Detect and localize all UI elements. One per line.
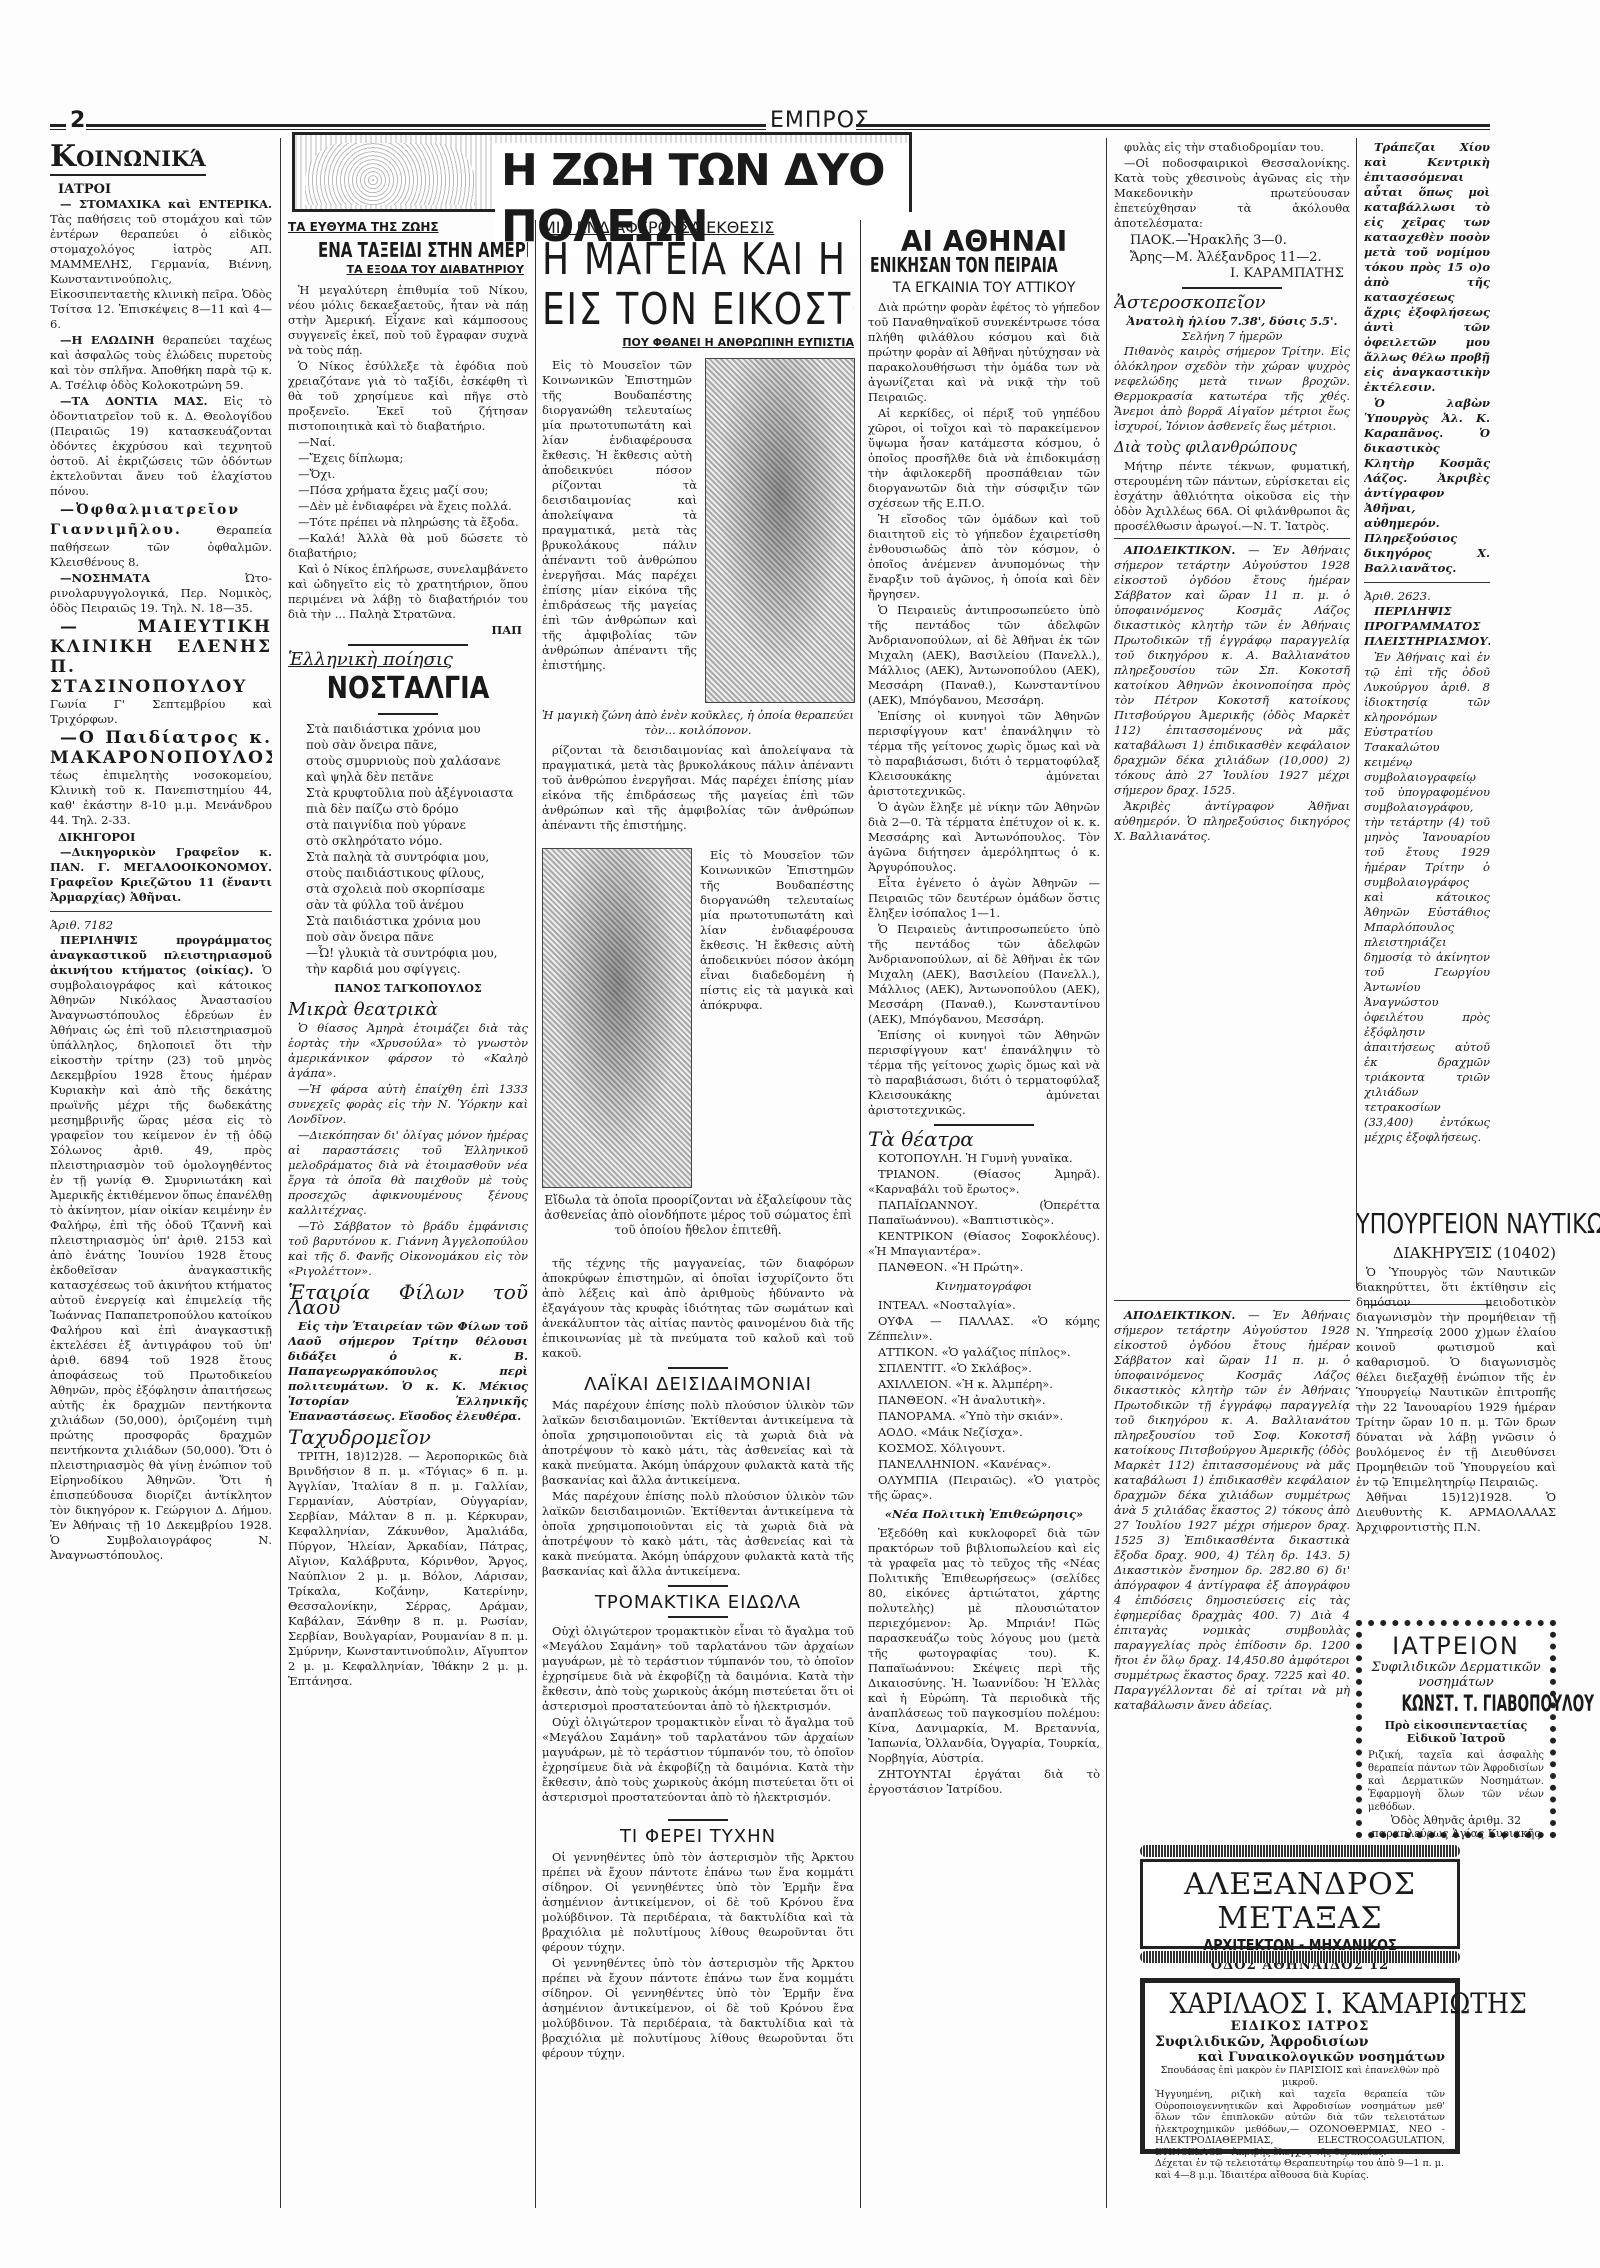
poem-line: ποὺ σὰν ὄνειρα πᾶνε [306, 929, 528, 945]
paragraph: Εἰς τὴν Ἑταιρείαν τῶν Φίλων τοῦ Λαοῦ σήμ… [288, 1319, 528, 1424]
ad-clinic-landmark: παραπλεύρως Ἁγίας Κυριακῆς [1368, 1827, 1544, 1840]
paragraph: Καὶ ὁ Νίκος ἐπλήρωσε, συνελαμβάνετο καὶ … [288, 562, 528, 622]
paragraph: Ὁ Πειραιεὺς ἀντιπροσωπεύετο ὑπὸ τῆς πεντ… [868, 922, 1100, 1027]
cinema-listing: ΣΠΛΕΝΤΙΤ. «Ὁ Σκλάβος». [868, 1361, 1100, 1376]
section-observatory: Ἀστεροσκοπεῖον [1114, 295, 1350, 310]
caption-magic-belt: Ἡ μαγικὴ ζώνη ἀπὸ ἑνὲν κοῦκλες, ἡ ὁποία … [542, 708, 854, 738]
paragraph: Οἱ γεννηθέντες ὑπὸ τὸν ἀστερισμὸν τῆς Ἀρ… [542, 1956, 854, 2061]
subhead-credulity: ΠΟΥ ΦΘΑΝΕΙ Η ΑΝΘΡΩΠΙΝΗ ΕΥΠΙΣΤΙΑ [542, 335, 854, 350]
paragraph: —Καλά! Ἀλλὰ θὰ μοῦ δώσετε τὸ διαβατήριο; [288, 531, 528, 561]
paragraph: —Πόσα χρήματα ἔχεις μαζί σου; [288, 483, 528, 498]
poem-line: ποὺ σὰν ὄνειρα πᾶνε, [306, 737, 528, 753]
column-legal: Τράπεζαι Χίου καὶ Κεντρικὴ ἐπιτασσόμεναι… [1364, 140, 1490, 1300]
paragraph: —Τὸ Σάββατον τὸ βράδυ ἐμφάνισις τοῦ βαρυ… [288, 1219, 528, 1279]
subhead-scary-idols: ΤΡΟΜΑΚΤΙΚΑ ΕΙΔΩΛΑ [542, 1595, 854, 1610]
match-result: Ἄρης—Μ. Ἀλέξανδρος 11—2. [1130, 249, 1350, 266]
paragraph: Ἀθῆναι 15)12)1928. Ὁ Διευθυντὴς Κ. ΑΡΜΑΟ… [1356, 1490, 1556, 1535]
cinema-listing: ΑΟΔΟ. «Μάικ Νεζίσχα». [868, 1425, 1100, 1440]
caption-idols: Εἴδωλα τὰ ὁποῖα προορίζονται νὰ ἐξαλείφο… [542, 1193, 854, 1238]
cinema-listing: ΟΛΥΜΠΙΑ (Πειραιῶς). «Ὁ γιατρὸς τῆς ὥρας»… [868, 1473, 1100, 1503]
story-body: Ἡ μεγαλύτερη ἐπιθυμία τοῦ Νίκου, νέου μό… [288, 283, 528, 622]
headline-trip: ΕΝΑ ΤΑΞΕΙΔΙ ΣΤΗΝ ΑΜΕΡΙΚΗ [318, 243, 476, 258]
ad-doctor-kamariotis: ΧΑΡΙΛΑΟΣ Ι. ΚΑΜΑΡΙΩΤΗΣ ΕΙΔΙΚΟΣ ΙΑΤΡΟΣ Συ… [1140, 1978, 1460, 2154]
magic-intro-cont: ρίζονται τὰ δεισιδαιμονίας καὶ ἀπολείψαν… [542, 478, 697, 703]
ad-doctor-title: ΕΙΔΙΚΟΣ ΙΑΤΡΟΣ [1155, 2019, 1445, 2034]
item-head: —Η ΕΛΩΔΙΝΗ [60, 333, 154, 347]
theatre-listing: ΤΡΙΑΝΟΝ. (Θίασος Ἀμηρᾶ). «Καρναβάλι τοῦ … [868, 1167, 1100, 1197]
section-poetry: Ἑλληνικὴ ποίησις [288, 652, 528, 667]
paragraph: Ἐπίσης οἱ κυνηγοὶ τῶν Ἀθηνῶν περισφίγγου… [868, 709, 1100, 799]
notice-title: ΑΠΟΔΕΙΚΤΙΚΟΝ. [1124, 543, 1235, 557]
masthead: 2 ΕΜΠΡΟΣ [50, 108, 1490, 134]
paragraph: —Ἡ φάρσα αὐτὴ ἐπαίχθη ἐπὶ 1333 συνεχεῖς … [288, 1082, 528, 1127]
subhead-passport: ΤΑ ΕΞΟΔΑ ΤΟΥ ΔΙΑΒΑΤΗΡΙΟΥ [288, 262, 528, 277]
magic-body: ρίζονται τὰ δεισιδαιμονίας καὶ ἀπολείψαν… [542, 743, 854, 843]
notice-signoff: Ἀκριβὲς ἀντίγραφον Ἀθῆναι αὐθημερόν. Ὁ π… [1114, 799, 1350, 844]
notice-text: Ὁ συμβολαιογράφος καὶ κάτοικος Ἀθηνῶν Νι… [50, 963, 272, 1562]
magic-body-lower: τῆς τέχνης τῆς μαγγανείας, τῶν διαφόρων … [542, 1256, 854, 2208]
item-text: Εἰς τὸ ὀδοντιατρεῖον τοῦ κ. Δ. Θεολογίδο… [50, 394, 272, 498]
section-theater-notes: Μικρὰ θεατρικὰ [288, 1002, 528, 1017]
section-theatres: Τὰ θέατρα [868, 1132, 1100, 1147]
paragraph: Ἡ μεγαλύτερη ἐπιθυμία τοῦ Νίκου, νέου μό… [288, 283, 528, 358]
section-cinemas: Κινηματογράφοι [868, 1279, 1100, 1294]
reporter-name: Ι. ΚΑΡΑΜΠΑΤΗΣ [1114, 266, 1350, 281]
paragraph: Διὰ πρώτην φορὰν ἐφέτος τὸ γήπεδον τοῦ Π… [868, 300, 1100, 405]
theatre-listing: ΚΟΤΟΠΟΥΛΗ. Ἡ Γυμνὴ γυναῖκα. [868, 1151, 1100, 1166]
poet-name: ΠΑΝΟΣ ΤΑΓΚΟΠΟΥΛΟΣ [288, 981, 528, 996]
poem: Στὰ παιδιάστικα χρόνια μου ποὺ σὰν ὄνειρ… [288, 721, 528, 977]
weather-forecast: Πιθανὸς καιρὸς σήμερον Τρίτην. Εἰς ὁλόκλ… [1114, 344, 1350, 434]
item-head: —ΤΑ ΔΟΝΤΙΑ ΜΑΣ. [60, 394, 208, 408]
theatre-listing: ΠΑΝΘΕΟΝ. «Ἡ Πρώτη». [868, 1260, 1100, 1275]
cinema-listing: ΚΟΣΜΟΣ. Χόλιγουντ. [868, 1441, 1100, 1456]
notice-text: Ἐν Ἀθήναις καὶ ἐν τῷ ἐπὶ τῆς ὁδοῦ Λυκούρ… [1364, 650, 1490, 1145]
paragraph: Ὁ ἀγὼν ἔληξε μὲ νίκην τῶν Ἀθηνῶν διὰ 2—0… [868, 800, 1100, 875]
category-lawyers: ΔΙΚΗΓΟΡΟΙ [58, 830, 272, 845]
moon-phase: Σελήνη 7 ἡμερῶν [1114, 329, 1350, 344]
newspaper-title: ΕΜΠΡΟΣ [770, 108, 870, 133]
subhead-attikou: ΤΑ ΕΓΚΑΙΝΙΑ ΤΟΥ ΑΤΤΙΚΟΥ [868, 281, 1100, 296]
item-head: — ΣΤΟΜΑΧΙΚΑ καὶ ΕΝΤΕΡΙΚΑ. [60, 197, 272, 211]
cinema-listing: ΟΥΦΑ — ΠΑΛΛΑΣ. «Ὁ κόμης Ζέππελιν». [868, 1314, 1100, 1344]
poem-line: Στὰ παιδιάστικα χρόνια μου [306, 721, 528, 737]
poem-line: Στὰ παιδιάστικα χρόνια μου [306, 913, 528, 929]
notice-number: Ἀριθ. 7182 [50, 918, 272, 933]
ad-clinic-doctor: ΚΩΝΣΤ. Τ. ΓΙΑΒΟΠΟΥΛΟΥ [1401, 1692, 1510, 1717]
ministry-title: ΥΠΟΥΡΓΕΙΟΝ ΝΑΥΤΙΚΩΝ [1356, 1206, 1516, 1242]
ministry-subtitle: ΔΙΑΚΗΡΥΞΙΣ (10402) [1356, 1246, 1556, 1261]
paragraph: —Ναί. [288, 435, 528, 450]
column-notices: φυλὰς εἰς τὴν σταδιοδρομίαν του. —Οἱ ποδ… [1114, 140, 1350, 1300]
paragraph: τῆς τέχνης τῆς μαγγανείας, τῶν διαφόρων … [542, 1256, 854, 1361]
column-sports: ΑΙ ΑΘΗΝΑΙ ΕΝΙΚΗΣΑΝ ΤΟΝ ΠΕΙΡΑΙΑ ΤΑ ΕΓΚΑΙΝ… [868, 226, 1100, 2208]
cinema-listing: ΑΧΙΛΛΕΙΟΝ. «Ἡ κ. Ἀλμπέρη». [868, 1377, 1100, 1392]
paragraph: Εἰς τὸ Μουσεῖον τῶν Κοινωνικῶν Ἐπιστημῶν… [700, 848, 854, 1013]
ad-doctor-text: Ἠγγυημένη, ριζικὴ καὶ ταχεῖα θεραπεία τῶ… [1155, 2089, 1445, 2158]
paragraph: Οὐχὶ ὀλιγώτερον τρομακτικὸν εἶναι τὸ ἄγα… [542, 1624, 854, 1714]
theatre-listing: ΠΑΠΑΪΩΑΝΝΟΥ. (Ὀπερέττα Παπαϊωάννου). «Βα… [868, 1198, 1100, 1228]
paragraph: —Τότε πρέπει νὰ πληρώσης τὰ ἔξοδα. [288, 515, 528, 530]
kicker-exhibition: ΜΙΑ ΕΝΔΙΑΦΕΡΟΥΣΑ ΕΚΘΕΣΙΣ [542, 220, 854, 235]
paragraph: Τράπεζαι Χίου καὶ Κεντρικὴ ἐπιτασσόμεναι… [1364, 140, 1490, 395]
paragraph: Ὁ Πειραιεὺς ἀντιπροσωπεύετο ὑπὸ τῆς πεντ… [868, 603, 1100, 708]
section-review: «Νέα Πολιτικὴ Ἐπιθεώρησις» [868, 1507, 1100, 1522]
ad-clinic-title: ΙΑΤΡΕΙΟΝ [1368, 1632, 1544, 1660]
poem-line: στὰ παιγνίδια ποὺ γύρανε [306, 817, 528, 833]
poem-title: ΝΟΣΤΑΛΓΙΑ [306, 671, 510, 707]
section-title-social: Κοινωνικά [50, 140, 206, 176]
match-result: ΠΑΟΚ.—Ἡρακλῆς 3—0. [1130, 232, 1350, 249]
paragraph: Οἱ γεννηθέντες ὑπὸ τὸν ἀστερισμὸν τῆς Ἀρ… [542, 1850, 854, 1955]
notice-number: Ἀριθ. 2623. [1364, 589, 1490, 604]
subhead-luck: ΤΙ ΦΕΡΕΙ ΤΥΧΗΝ [542, 1829, 854, 1844]
paragraph: Εἶτα ἐγένετο ὁ ἀγὼν Ἀθηνῶν — Πειραιῶς τῶ… [868, 876, 1100, 921]
poem-line: στὰ σχολειὰ ποὺ σκορπίσαμε [306, 881, 528, 897]
cinema-listing: ΠΑΝΘΕΟΝ. «Ἡ ἀναλυτικὴ». [868, 1393, 1100, 1408]
subhead-superstitions: ΛΑΪΚΑΙ ΔΕΙΣΙΔΑΙΜΟΝΙΑΙ [542, 1377, 854, 1392]
poem-line: —Ὦ! γλυκιὰ τὰ συντρόφια μου, [306, 945, 528, 961]
banner-illustration [305, 143, 475, 205]
paragraph: Ἐπίσης οἱ κυνηγοὶ τῶν Ἀθηνῶν περισφίγγου… [868, 1028, 1100, 1118]
paragraph: Ἡ εἴσοδος τῶν ὁμάδων καὶ τοῦ διαιτητοῦ ε… [868, 512, 1100, 602]
paragraph: Μάς παρέχουν ἐπίσης πολὺ πλούσιον ὑλικὸν… [542, 1398, 854, 1488]
cinema-listing: ΠΑΝΕΛΛΗΝΙΟΝ. «Κανένας». [868, 1457, 1100, 1472]
ad-clinic-specialty: Συφιλιδικῶν Δερματικῶν νοσημάτων [1368, 1660, 1544, 1690]
poem-line: Στὰ παληὰ τὰ συντρόφια μου, [306, 849, 528, 865]
poem-line: τὴν καρδιά μου σφίγγεις. [306, 961, 528, 977]
paragraph: Ὁ Νίκος ἐσύλλεξε τὰ ἐφόδια ποὺ χρειαζότα… [288, 359, 528, 434]
ad-clinic-text: Ριζική, ταχεῖα καὶ ἀσφαλὴς θεραπεία πάντ… [1368, 1749, 1544, 1814]
theatre-listing: ΚΕΝΤΡΙΚΟΝ (Θίασος Σοφοκλέους). «Ἡ Μπαγια… [868, 1229, 1100, 1259]
sunrise-sunset: Ἀνατολὴ ἡλίου 7.38', δύσις 5.5'. [1114, 314, 1350, 329]
paragraph: Ὁ Ὑπουργὸς τῶν Ναυτικῶν διακηρύττει, ὅτι… [1356, 1265, 1556, 1490]
paragraph: —Δὲν μὲ ἐνδιαφέρει νὰ ἔχεις πολλά. [288, 499, 528, 514]
paragraph: Αἱ κερκίδες, οἱ πέριξ τοῦ γηπέδου χῶροι,… [868, 406, 1100, 511]
poem-line: στὸ σκληρότατο νόμο. [306, 833, 528, 849]
paragraph: Ὁ θίασος Ἀμηρὰ ἑτοιμάζει διὰ τὰς ἑορτὰς … [288, 1021, 528, 1081]
ad-clinic-experience: Πρὸ εἰκοσιπενταετίας Εἰδικοῦ Ἰατροῦ [1368, 1719, 1544, 1745]
cinema-listing: ΙΝΤΕΑΛ. «Νοσταλγία». [868, 1298, 1100, 1313]
item-text: τέως ἐπιμελητὴς νοσοκομείου, Κλινικὴ τοῦ… [50, 768, 272, 827]
poem-line: στοὺς σμυρνιοὺς ποὺ χαλάσανε [306, 753, 528, 769]
paragraph: ρίζονται τὰ δεισιδαιμονίας καὶ ἀπολείψαν… [542, 743, 854, 833]
item-head: — ΜΑΙΕΥΤΙΚΗ ΚΛΙΝΙΚΗ ΕΛΕΝΗΣ Π. ΣΤΑΣΙΝΟΠΟΥ… [50, 617, 272, 697]
paragraph: Ἐξεδόθη καὶ κυκλοφορεῖ διὰ τῶν πρακτόρων… [868, 1526, 1100, 1766]
ad-doctor-specialty-1: Συφιλιδικῶν, Ἀφροδισίων [1155, 2034, 1445, 2050]
item-text: Τὰς παθήσεις τοῦ στομάχου καὶ τῶν ἐντέρω… [50, 212, 272, 331]
paragraph: —Ἔχεις δίπλωμα; [288, 451, 528, 466]
notice-title: ΠΕΡΙΛΗΨΙΣ ΠΡΟΓΡΑΜΜΑΤΟΣ ΠΛΕΙΣΤΗΡΙΑΣΜΟΥ. [1364, 604, 1490, 649]
section-post: Ταχυδρομεῖον [288, 1430, 528, 1445]
photo-magic-belt [705, 358, 855, 703]
ad-architect: ΑΛΕΞΑΝΔΡΟΣ ΜΕΤΑΞΑΣ ΑΡΧΙΤΕΚΤΩΝ - ΜΗΧΑΝΙΚΟ… [1140, 1845, 1460, 1963]
category-doctors: ΙΑΤΡΟΙ [58, 182, 272, 197]
ad-doctor-specialty-2: καὶ Γυναικολογικῶν νοσημάτων [1155, 2050, 1445, 2065]
cinema-listing: ΑΤΤΙΚΟΝ. «Ὁ γαλάζιος πίπλος». [868, 1345, 1100, 1360]
ad-clinic-address: Ὁδὸς Ἀθηνᾶς ἀριθμ. 32 [1368, 1814, 1544, 1827]
page-number: 2 [70, 108, 85, 133]
item-text: —Δικηγορικὸν Γραφεῖον κ. ΠΑΝ. Γ. ΜΕΓΑΛΟΟ… [50, 845, 272, 904]
section-society: Ἑταιρία Φίλων τοῦ Λαοῦ [288, 1285, 528, 1315]
poem-line: πιὰ δὲν παίζω στὸ δρόμο [306, 801, 528, 817]
paragraph: ρίζονται τὰ δεισιδαιμονίας καὶ ἀπολείψαν… [542, 478, 697, 673]
headline-magic-1: Η ΜΑΓΕΙΑ ΚΑΙ Η ΜΑΓΓΑΝΕΙΑ [542, 235, 798, 285]
item-head: —ΝΟΣΗΜΑΤΑ [60, 571, 150, 585]
signature: ΠΑΠ [288, 623, 528, 638]
ad-doctor-study: Σπουδάσας ἐπὶ μακρὸν ἐν ΠΑΡΙΣΙΟΙΣ καὶ ἐπ… [1155, 2065, 1445, 2089]
poem-line: στοὺς παιδιάστικους φίλους, [306, 865, 528, 881]
column-notices-2: ΑΠΟΔΕΙΚΤΙΚΟΝ. — Ἐν Ἀθήναις σήμερον τετάρ… [1114, 1308, 1350, 1778]
magic-intro: Εἰς τὸ Μουσεῖον τῶν Κοινωνικῶν Ἐπιστημῶν… [542, 358, 692, 478]
paragraph: φυλὰς εἰς τὴν σταδιοδρομίαν του. [1114, 140, 1350, 155]
notice-title: ΑΠΟΔΕΙΚΤΙΚΟΝ. [1124, 1308, 1235, 1322]
notice-text: Ἐν Ἀθήναις σήμερον τετάρτην Αὐγούστου 19… [1114, 1308, 1350, 1712]
photo-idols [542, 848, 692, 1188]
notice-title: ΠΕΡΙΛΗΨΙΣ προγράμματος ἀναγκαστικοῦ πλει… [50, 933, 272, 977]
paragraph: Εἰς τὸ Μουσεῖον τῶν Κοινωνικῶν Ἐπιστημῶν… [542, 358, 692, 478]
item-head: —Ο Παιδίατρος κ. ΜΑΚΑΡΟΝΟΠΟΥΛΟΣ [50, 728, 272, 768]
ministry-navy: ΥΠΟΥΡΓΕΙΟΝ ΝΑΥΤΙΚΩΝ ΔΙΑΚΗΡΥΞΙΣ (10402) Ὁ… [1356, 1206, 1556, 1535]
paragraph: ΤΡΙΤΗ, 18)12)28. — Ἀεροπορικῶς διὰ Βρινδ… [288, 1449, 528, 1689]
paragraph: Οὐχὶ ὀλιγώτερον τρομακτικὸν εἶναι τὸ ἄγα… [542, 1715, 854, 1805]
item-head: —Ὀφθαλμιατρεῖον Γιαννιμῆλου. [50, 502, 240, 538]
poem-line: σὰν τὰ φύλλα τοῦ ἀνέμου [306, 897, 528, 913]
column-social: Κοινωνικά ΙΑΤΡΟΙ — ΣΤΟΜΑΧΙΚΑ καὶ ΕΝΤΕΡΙΚ… [50, 140, 272, 2200]
poem-line: Στὰ κρυφτοῦλια ποὺ ἀξέγνοιαστα [306, 785, 528, 801]
paragraph: ΖΗΤΟΥΝΤΑΙ ἐργάται διὰ τὸ ἐργοστάσιον Ἰατ… [868, 1767, 1100, 1797]
paragraph: Μήτηρ πέντε τέκνων, φυματική, στερουμένη… [1114, 459, 1350, 534]
section-banner: Η ΖΩΗ ΤΩΝ ΔΥΟ ΠΟΛΕΩΝ [292, 132, 912, 212]
ad-doctor-name: ΧΑΡΙΛΑΟΣ Ι. ΚΑΜΑΡΙΩΤΗΣ [1170, 1989, 1431, 2019]
paragraph: —Διεκόπησαν δι' ὀλίγας μόνον ἡμέρας αἱ π… [288, 1128, 528, 1218]
kicker-humor: ΤΑ ΕΥΘΥΜΑ ΤΗΣ ΖΩΗΣ [288, 220, 528, 235]
paragraph: Μάς παρέχουν ἐπίσης πολὺ πλούσιον ὑλικὸν… [542, 1489, 854, 1579]
item-text: Γωνία Γ' Σεπτεμβρίου καὶ Τριχόρφων. [50, 697, 272, 726]
paragraph: Ὁ λαβὼν Ὑπουργὸς Ἀλ. Κ. Καραπᾶνος. Ὁ δικ… [1364, 396, 1490, 576]
poem-line: καὶ ψηλὰ δὲν πετᾶνε [306, 769, 528, 785]
section-charity: Διὰ τοὺς φιλανθρώπους [1114, 440, 1350, 455]
ad-architect-name: ΑΛΕΞΑΝΔΡΟΣ ΜΕΤΑΞΑΣ [1143, 1868, 1457, 1936]
headline-beat-piraeus: ΕΝΙΚΗΣΑΝ ΤΟΝ ΠΕΙΡΑΙΑ [870, 258, 1031, 273]
magic-side: Εἰς τὸ Μουσεῖον τῶν Κοινωνικῶν Ἐπιστημῶν… [700, 848, 854, 1188]
notice-text: Ἐν Ἀθήναις σήμερον τετάρτην Αὐγούστου 19… [1114, 543, 1350, 797]
paragraph: —Ὄχι. [288, 467, 528, 482]
ad-clinic: ΙΑΤΡΕΙΟΝ Συφιλιδικῶν Δερματικῶν νοσημάτω… [1356, 1620, 1556, 1838]
column-humor: ΤΑ ΕΥΘΥΜΑ ΤΗΣ ΖΩΗΣ ΕΝΑ ΤΑΞΕΙΔΙ ΣΤΗΝ ΑΜΕΡ… [288, 220, 528, 2208]
ad-doctor-hours: Δέχεται ἐν τῷ τελειοτάτῳ Θεραπευτηρίῳ το… [1155, 2158, 1445, 2181]
paragraph: —Οἱ ποδοσφαιρικοὶ Θεσσαλονίκης. Κατὰ τοὺ… [1114, 156, 1350, 231]
headline-magic-2: ΕΙΣ ΤΟΝ ΕΙΚΟΣΤΟΝ ΑΙΩΝΑ [542, 285, 798, 335]
cinema-listing: ΠΑΝΟΡΑΜΑ. «Ὑπὸ τὴν σκιάν». [868, 1409, 1100, 1424]
